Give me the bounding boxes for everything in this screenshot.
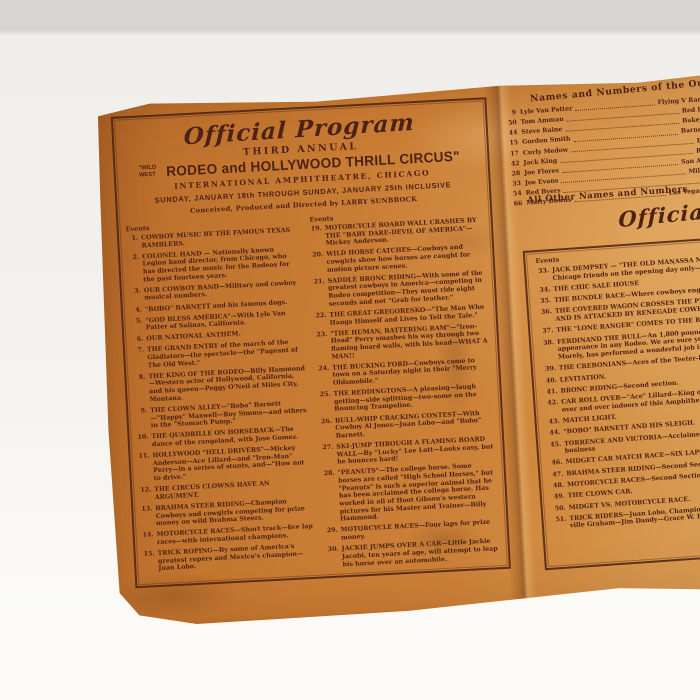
event-text: THE W.P.A. SIT-DOWN MULE. — [343, 564, 500, 577]
contestant-number: 50 — [504, 119, 518, 128]
event-number: 33 — [536, 267, 550, 283]
event-number: 44 — [547, 429, 561, 438]
event-text: THE GRAND ENTRY of the march of the Glad… — [147, 339, 305, 370]
contestant-name: Joe Evans — [525, 177, 559, 187]
event-number: 39 — [543, 365, 557, 374]
event-number: 2 — [127, 253, 141, 284]
event-text: BULL-DOGGING—Cowboys attempt to win priz… — [343, 575, 501, 577]
event-number: 5 — [130, 317, 143, 333]
event-number: 45 — [548, 440, 562, 456]
event-number: 31 — [328, 572, 340, 577]
contestant-number: 66 — [509, 200, 523, 209]
photo-background: Official Program THIRD ANNUAL "WILD WEST… — [0, 0, 700, 700]
event-text: THE KING OF THE RODEO—Billy Hammond—West… — [148, 365, 306, 404]
event-number: 37 — [540, 328, 554, 337]
left-page-border-frame: Official Program THIRD ANNUAL "WILD WEST… — [111, 97, 511, 588]
event-text: BRAHMA STEER RIDING—Champion Cowboys and… — [155, 497, 313, 528]
event-number: 19 — [310, 225, 323, 249]
contestant-name: Steve Raine — [521, 126, 562, 137]
contestant-number: 44 — [504, 129, 518, 138]
event-text: SKI-JUMP THROUGH A FLAMING BOARD WALL—By… — [336, 435, 494, 466]
event-text: COLONEL HAND — Nationally known Legion b… — [142, 245, 300, 284]
events-column-2: Events 19 MOTORCYCLE BOARD WALL CRASHES … — [309, 207, 499, 568]
event-number: 15 — [143, 550, 156, 574]
event-number: 6 — [131, 336, 143, 344]
event-item: 28 "PEANUTS"—The college horse. Some hor… — [323, 462, 498, 525]
event-number: 9 — [135, 407, 148, 431]
event-number: 28 — [323, 470, 338, 524]
event-number: 8 — [133, 373, 147, 404]
event-text: "THE HUMAN, BATTERING RAM"—"Iron-Head" P… — [330, 322, 488, 361]
event-number: 4 — [130, 306, 142, 314]
event-number: 47 — [550, 470, 564, 479]
program-paper: Official Program THIRD ANNUAL "WILD WEST… — [90, 68, 700, 630]
event-number: 3 — [129, 287, 142, 303]
event-number: 23 — [315, 331, 329, 362]
events-column-1: Events 1 COWBOY MUSIC BY THE FAMOUS TEXA… — [125, 216, 315, 577]
event-item: 8 THE KING OF THE RODEO—Billy Hammond—We… — [133, 365, 306, 405]
event-item: 21 SADDLE BRONC RIDING—With some of the … — [312, 269, 485, 309]
event-number: 10 — [136, 434, 149, 450]
program-header: Official Program THIRD ANNUAL "WILD WEST… — [113, 99, 490, 218]
event-number: 16 — [144, 577, 157, 578]
event-number: 29 — [326, 527, 339, 543]
event-number: 51 — [553, 515, 567, 531]
event-text: SADDLE BRONC RIDING—With some of the gre… — [327, 269, 485, 308]
event-text: JACKIE JUMPS OVER A CAR—Little Jackie Ja… — [342, 537, 500, 568]
event-number: 36 — [539, 309, 553, 325]
event-item: 30 JACKIE JUMPS OVER A CAR—Little Jackie… — [327, 537, 500, 569]
event-number: 30 — [327, 546, 340, 570]
event-number: 24 — [317, 365, 330, 389]
event-item: 32 BULL-DOGGING—Cowboys attempt to win p… — [328, 575, 501, 577]
event-number: 34 — [537, 286, 551, 295]
contestant-name: Curly Medow — [523, 146, 569, 157]
event-number: 42 — [545, 399, 559, 415]
right-page-border-frame: Events 33 JACK DEMPSEY — "THE OLD MANASS… — [523, 230, 700, 570]
event-item: 2 COLONEL HAND — Nationally known Legion… — [127, 245, 300, 285]
contestant-number: 9 — [503, 109, 517, 118]
event-number: 43 — [546, 418, 560, 427]
event-number: 7 — [132, 347, 145, 371]
events-columns: Events 1 COWBOY MUSIC BY THE FAMOUS TEXA… — [118, 199, 508, 577]
event-number: 11 — [137, 452, 151, 483]
event-text: "PEANUTS"—The college horse. Some horses… — [338, 462, 498, 524]
event-number: 12 — [139, 486, 152, 502]
event-item: 23 "THE HUMAN, BATTERING RAM"—"Iron-Head… — [315, 322, 488, 362]
event-number: 50 — [552, 504, 566, 513]
events-list-1: 1 COWBOY MUSIC BY THE FAMOUS TEXAS RAMBL… — [126, 226, 319, 577]
event-text: THE REDDINGTONS—A pleasing—laugh getting… — [333, 383, 491, 414]
contestant-name: Jack King — [523, 157, 557, 167]
event-number: 46 — [549, 459, 563, 468]
event-text: THE BUCKING FORD—Cowboys come to town on… — [332, 356, 490, 387]
event-text: BULL-WHIP CRACKING CONTEST—With Cowboy A… — [335, 409, 493, 440]
right-page: Names and Numbers of the Outstanding 9 L… — [497, 63, 700, 611]
event-number: 40 — [544, 377, 558, 386]
event-text: WILD HORSE CATCHES—Cowboys and cowgirls … — [326, 243, 484, 274]
event-number: 13 — [140, 505, 153, 529]
event-text: TRICK ROPING—By some of America's greate… — [157, 542, 315, 573]
event-number: 26 — [320, 417, 333, 441]
event-number: 48 — [551, 482, 565, 491]
event-item: 11 HOLLYWOOD "HELL DRIVERS"—Mickey Ander… — [137, 444, 310, 484]
contestant-location: El Paso, Texas — [697, 134, 700, 145]
contestant-number: 28 — [507, 170, 521, 179]
event-number: 35 — [538, 297, 552, 306]
events-list-2: 19 MOTORCYCLE BOARD WALL CRASHES BY THE … — [310, 217, 502, 578]
event-number: 49 — [552, 493, 566, 502]
contestant-number: 17 — [506, 150, 520, 159]
contestant-name: Tom Amman — [520, 116, 564, 127]
event-text: HOLLYWOOD "HELL DRIVERS"—Mickey Anderson… — [152, 444, 310, 483]
wild-west-label: "WILD WEST — [139, 165, 157, 179]
event-number: 1 — [126, 235, 139, 251]
contestant-location: Flying V Ranch, Chicago — [657, 93, 700, 107]
events-list-3: 33 JACK DEMPSEY — "THE OLD MANASSA MAULE… — [536, 248, 700, 532]
contestant-number: 42 — [506, 160, 520, 169]
event-number: 41 — [544, 388, 558, 397]
event-number: 20 — [311, 251, 324, 275]
contestant-number: 33 — [508, 180, 522, 189]
west-label: WEST — [139, 172, 156, 179]
event-number: 25 — [318, 391, 331, 415]
event-text: THE CLOWN ALLEY—"Bobo" Barnett—"Happy" M… — [150, 399, 308, 430]
contestant-number: 15 — [505, 140, 519, 149]
event-number: 27 — [321, 444, 334, 468]
event-number: 38 — [541, 339, 556, 363]
event-number: 14 — [142, 532, 155, 548]
contestant-location: Rosebud, S. D. — [696, 144, 700, 156]
contestant-name: Joe Flores — [524, 167, 559, 177]
event-number: 21 — [312, 278, 326, 309]
event-number: 22 — [314, 312, 327, 328]
contestant-number: 54 — [508, 190, 522, 199]
